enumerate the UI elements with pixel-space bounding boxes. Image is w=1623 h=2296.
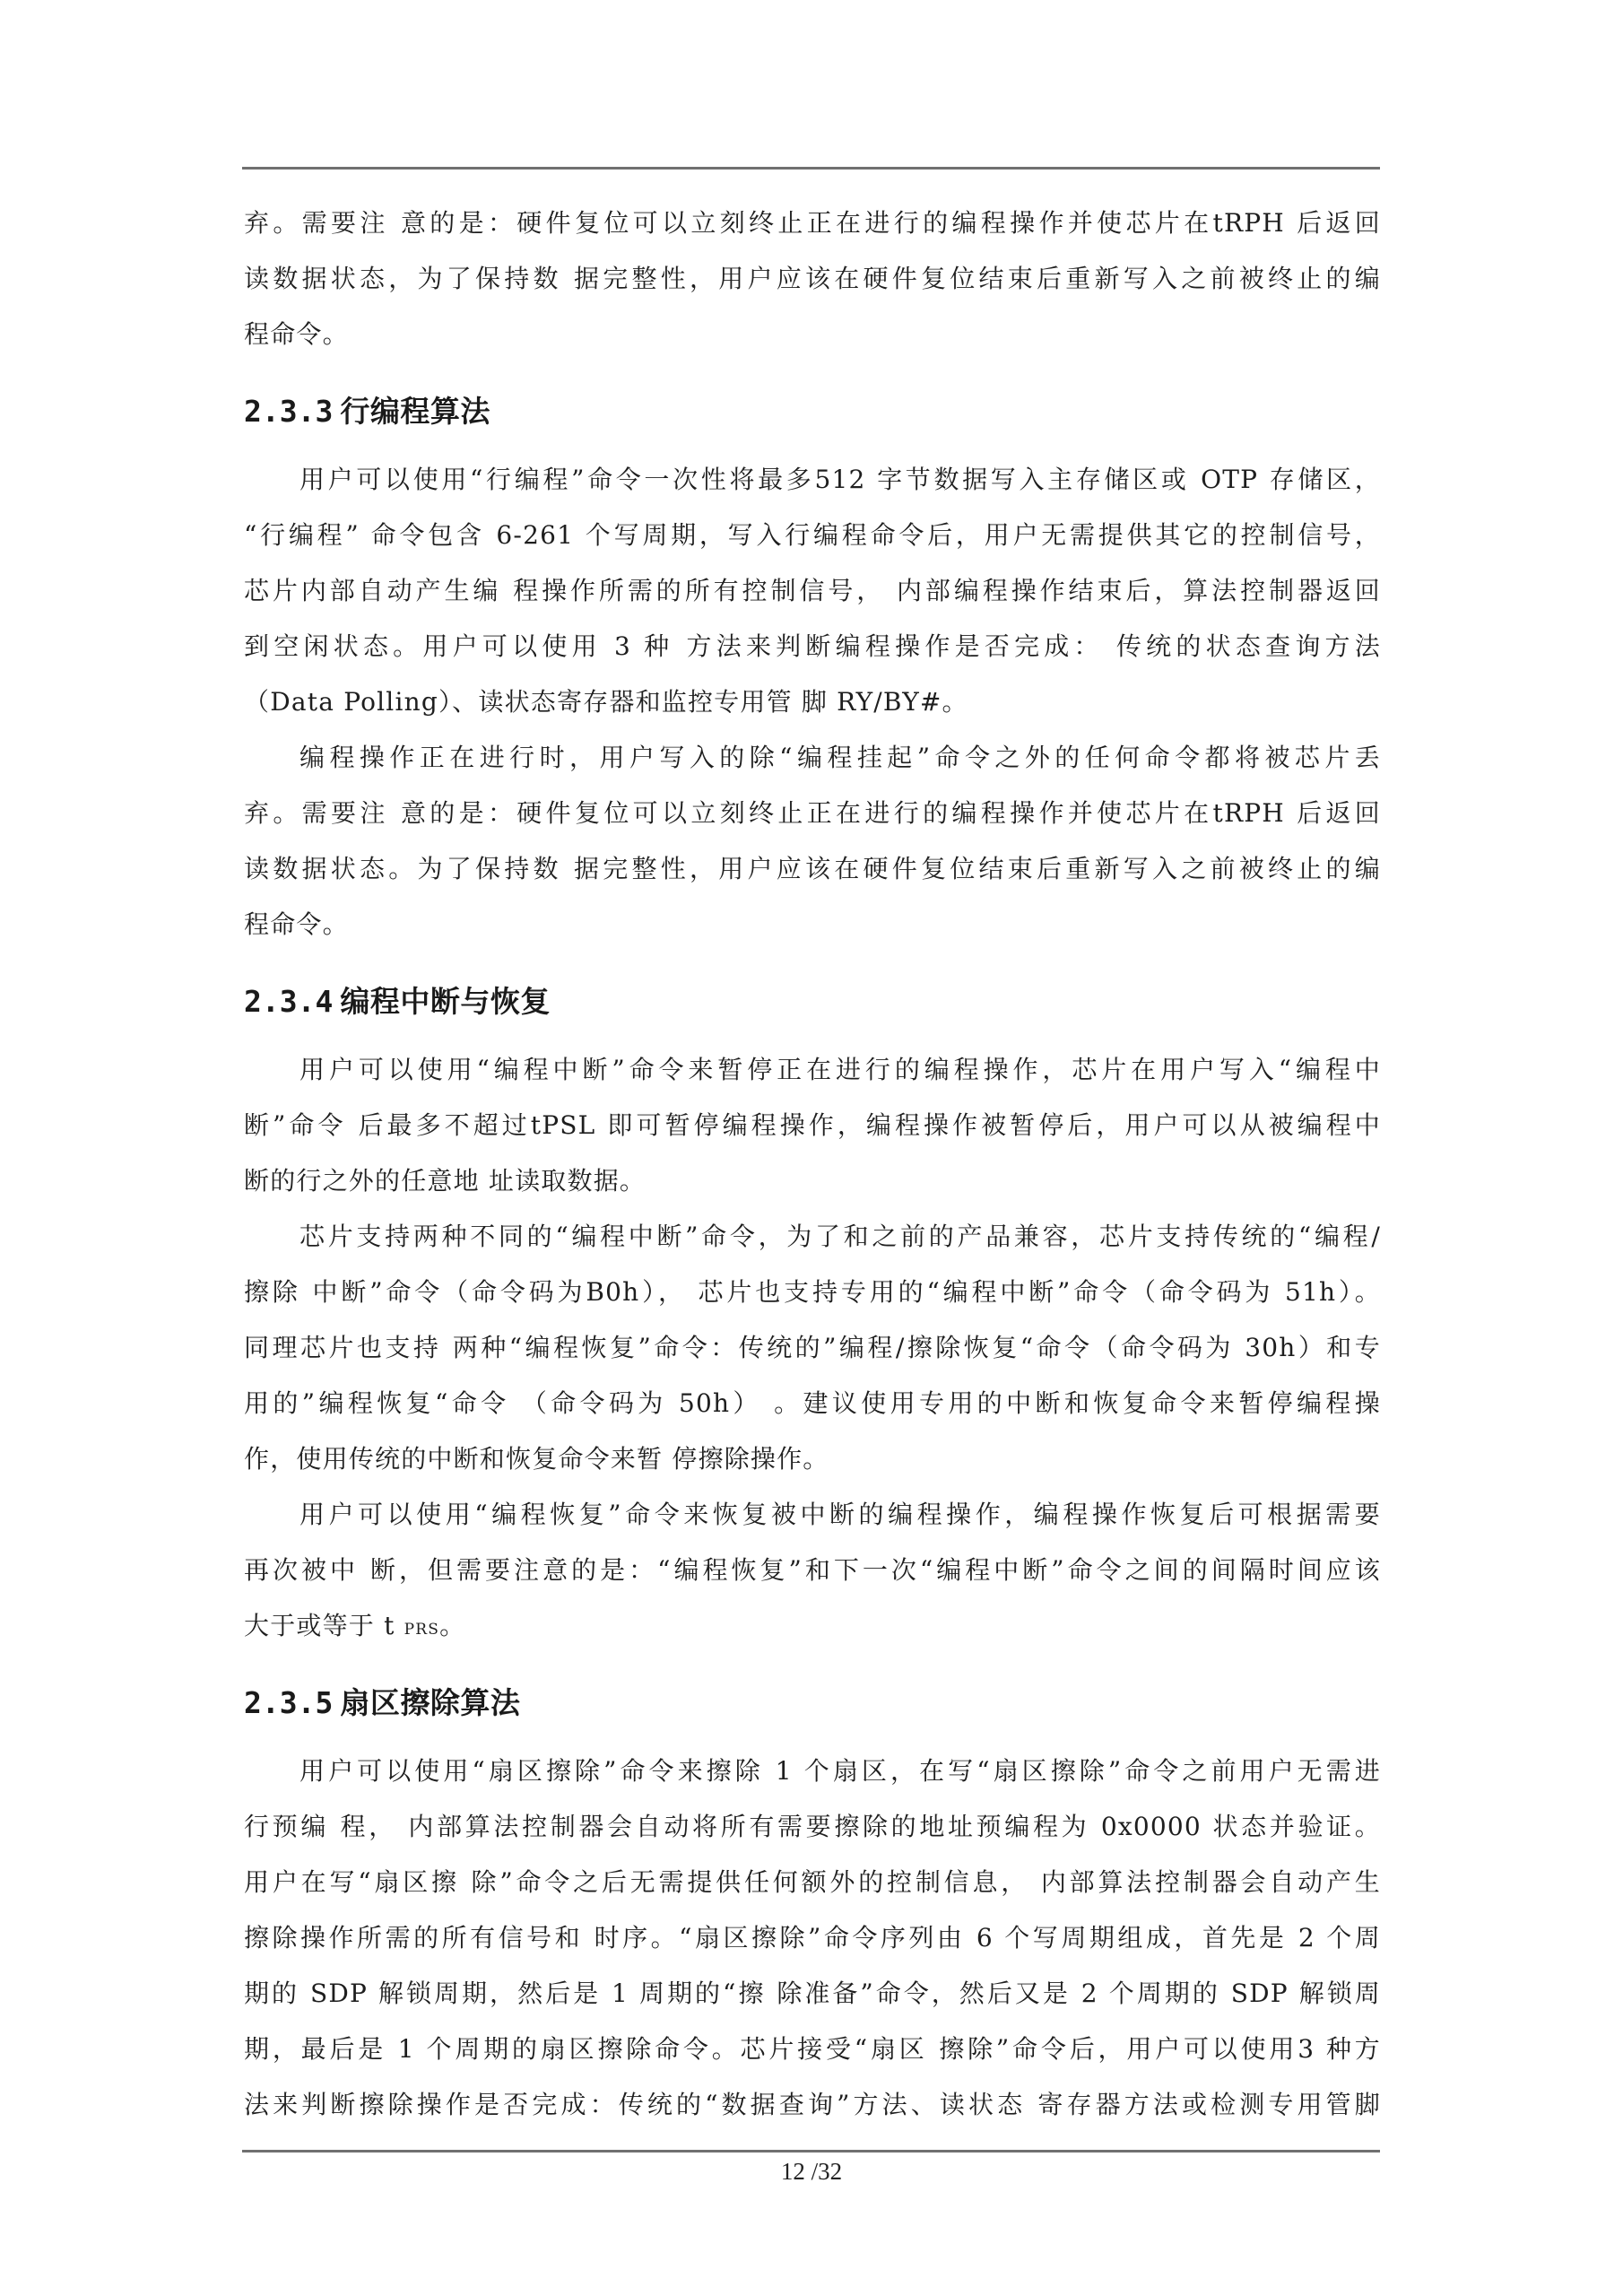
section-number: 2.3.4 [244,984,333,1019]
text-line: 芯片支持两种不同的“编程中断”命令，为了和之前的产品兼容，芯片支持传统的“编程/ [244,1209,1381,1265]
section-title: 扇区擦除算法 [340,1685,520,1720]
paragraph: 用户可以使用“编程恢复”命令来恢复被中断的编程操作，编程操作恢复后可根据需要 再… [244,1487,1381,1654]
text-line: 擦除 中断”命令（命令码为B0h）， 芯片也支持专用的“编程中断”命令（命令码为… [244,1265,1381,1320]
text-line: “行编程” 命令包含 6-261 个写周期，写入行编程命令后，用户无需提供其它的… [244,508,1381,563]
text-line: 用户可以使用“编程恢复”命令来恢复被中断的编程操作，编程操作恢复后可根据需要 [244,1487,1381,1543]
text-line: 弃。需要注 意的是：硬件复位可以立刻终止正在进行的编程操作并使芯片在tRPH 后… [244,786,1381,841]
text-line: 用户可以使用“扇区擦除”命令来擦除 1 个扇区，在写“扇区擦除”命令之前用户无需… [244,1744,1381,1799]
section-heading-2-3-5: 2.3.5扇区擦除算法 [244,1665,1381,1742]
text-line: 法来判断擦除操作是否完成：传统的“数据查询”方法、读状态 寄存器方法或检测专用管… [244,2077,1381,2133]
text-line: 用户在写“扇区擦 除”命令之后无需提供任何额外的控制信息， 内部算法控制器会自动… [244,1855,1381,1910]
text-line: 期的 SDP 解锁周期，然后是 1 周期的“擦 除准备”命令，然后又是 2 个周… [244,1966,1381,2022]
text-line: 擦除操作所需的所有信号和 时序。“扇区擦除”命令序列由 6 个写周期组成，首先是… [244,1910,1381,1966]
text-line: （Data Polling）、读状态寄存器和监控专用管 脚 RY/BY#。 [244,674,1381,730]
text-line: 芯片内部自动产生编 程操作所需的所有控制信号， 内部编程操作结束后，算法控制器返… [244,563,1381,619]
document-page: 弃。需要注 意的是：硬件复位可以立刻终止正在进行的编程操作并使芯片在tRPH 后… [0,0,1623,2296]
section-heading-2-3-3: 2.3.3行编程算法 [244,373,1381,450]
text-line: 用的”编程恢复“命令 （命令码为 50h） 。建议使用专用的中断和恢复命令来暂停… [244,1376,1381,1431]
text-line: 再次被中 断，但需要注意的是：“编程恢复”和下一次“编程中断”命令之间的间隔时间… [244,1543,1381,1598]
text-line-with-subscript: 大于或等于 t PRS。 [244,1598,1381,1654]
paragraph: 用户可以使用“行编程”命令一次性将最多512 字节数据写入主存储区或 OTP 存… [244,452,1381,730]
section-number: 2.3.3 [244,394,333,429]
page-content: 弃。需要注 意的是：硬件复位可以立刻终止正在进行的编程操作并使芯片在tRPH 后… [244,196,1381,2133]
text-line: 断”命令 后最多不超过tPSL 即可暂停编程操作，编程操作被暂停后，用户可以从被… [244,1098,1381,1153]
text-line: 程命令。 [244,897,1381,952]
text-line: 用户可以使用“行编程”命令一次性将最多512 字节数据写入主存储区或 OTP 存… [244,452,1381,508]
text-line: 同理芯片也支持 两种“编程恢复”命令：传统的”编程/擦除恢复“命令（命令码为 3… [244,1320,1381,1376]
paragraph: 用户可以使用“扇区擦除”命令来擦除 1 个扇区，在写“扇区擦除”命令之前用户无需… [244,1744,1381,2133]
section-title: 编程中断与恢复 [340,984,551,1019]
text-line: 程命令。 [244,307,1381,362]
page-number: 12 /32 [0,2158,1623,2186]
text-line: 弃。需要注 意的是：硬件复位可以立刻终止正在进行的编程操作并使芯片在tRPH 后… [244,196,1381,251]
text-line: 用户可以使用“编程中断”命令来暂停正在进行的编程操作，芯片在用户写入“编程中 [244,1042,1381,1098]
paragraph: 用户可以使用“编程中断”命令来暂停正在进行的编程操作，芯片在用户写入“编程中 断… [244,1042,1381,1209]
text-fragment: 大于或等于 t [244,1611,404,1640]
paragraph: 编程操作正在进行时，用户写入的除“编程挂起”命令之外的任何命令都将被芯片丢 弃。… [244,730,1381,952]
text-line: 编程操作正在进行时，用户写入的除“编程挂起”命令之外的任何命令都将被芯片丢 [244,730,1381,786]
text-fragment: 。 [439,1611,465,1640]
section-heading-2-3-4: 2.3.4编程中断与恢复 [244,963,1381,1040]
section-number: 2.3.5 [244,1685,333,1720]
text-line: 行预编 程， 内部算法控制器会自动将所有需要擦除的地址预编程为 0x0000 状… [244,1799,1381,1855]
text-line: 作，使用传统的中断和恢复命令来暂 停擦除操作。 [244,1431,1381,1487]
subscript-prs: PRS [404,1621,439,1639]
text-line: 期，最后是 1 个周期的扇区擦除命令。芯片接受“扇区 擦除”命令后，用户可以使用… [244,2022,1381,2077]
header-rule [242,167,1380,170]
text-line: 读数据状态，为了保持数 据完整性，用户应该在硬件复位结束后重新写入之前被终止的编 [244,251,1381,307]
text-line: 断的行之外的任意地 址读取数据。 [244,1153,1381,1209]
text-line: 读数据状态。为了保持数 据完整性，用户应该在硬件复位结束后重新写入之前被终止的编 [244,841,1381,897]
text-line: 到空闲状态。用户可以使用 3 种 方法来判断编程操作是否完成： 传统的状态查询方… [244,619,1381,674]
footer-rule [242,2150,1380,2152]
section-title: 行编程算法 [340,394,490,429]
paragraph-continuation: 弃。需要注 意的是：硬件复位可以立刻终止正在进行的编程操作并使芯片在tRPH 后… [244,196,1381,362]
paragraph: 芯片支持两种不同的“编程中断”命令，为了和之前的产品兼容，芯片支持传统的“编程/… [244,1209,1381,1487]
